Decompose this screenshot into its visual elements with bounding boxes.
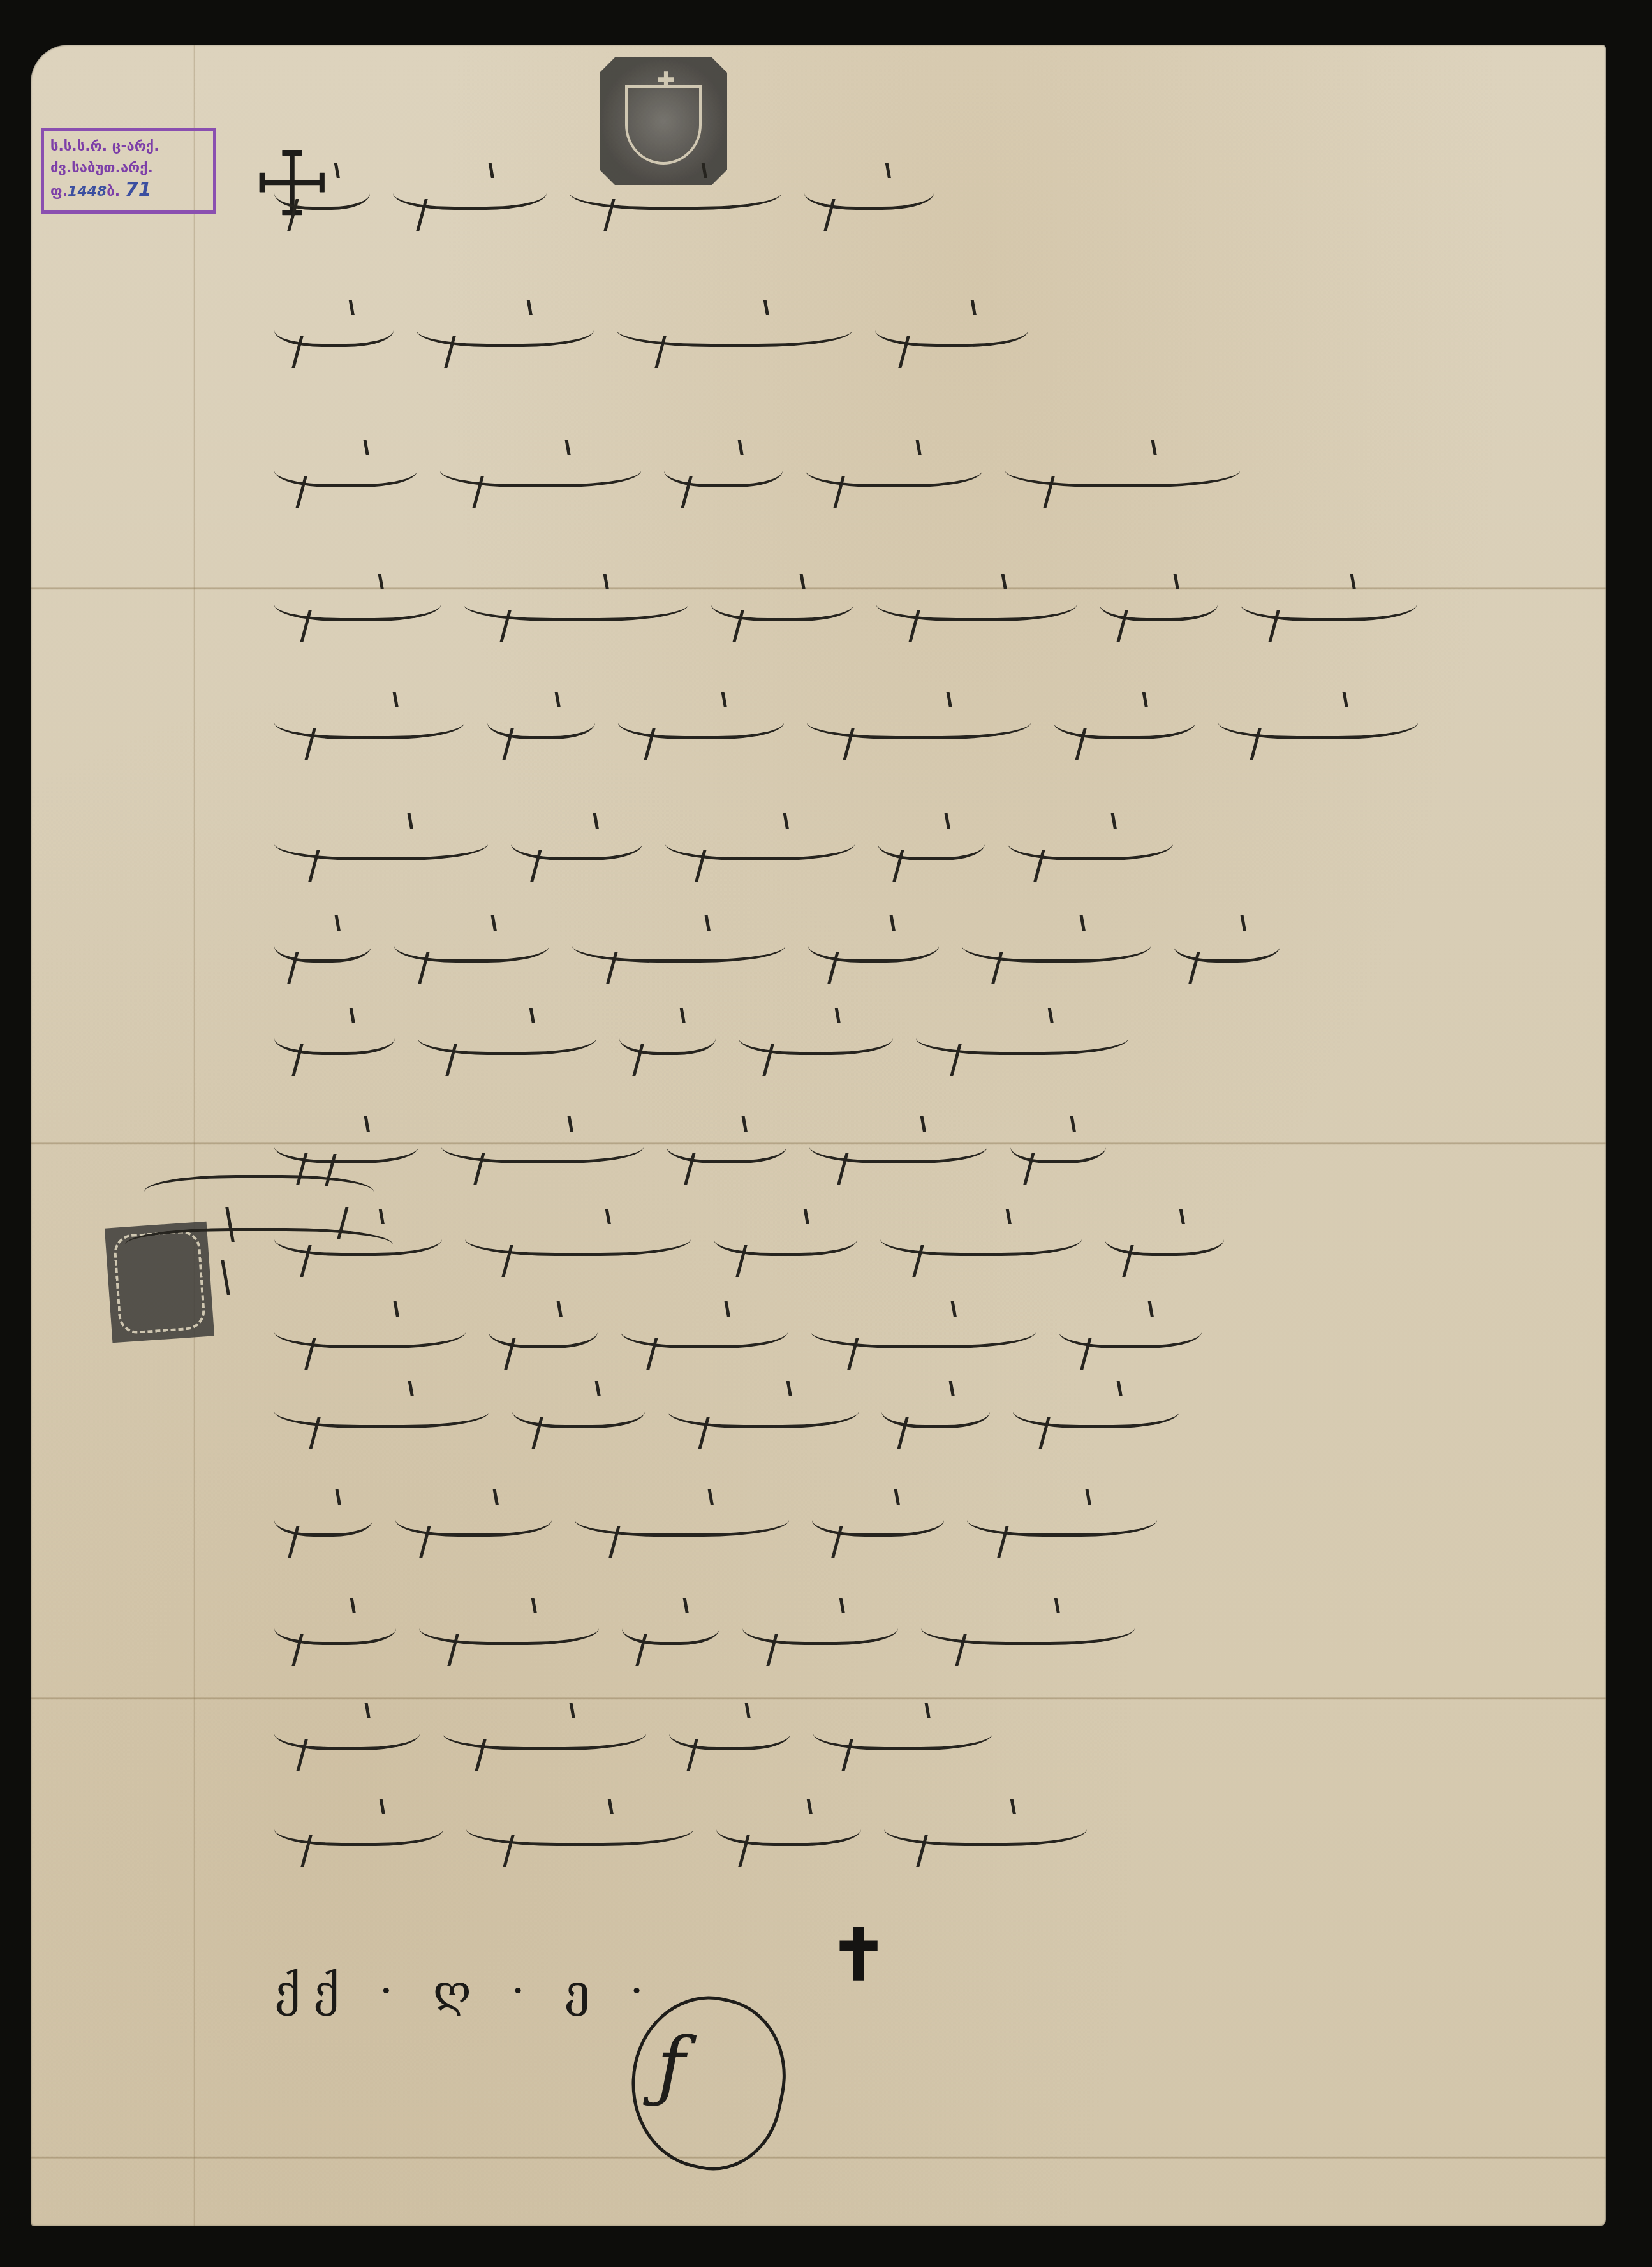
handwriting-word	[809, 1122, 987, 1163]
handwriting-word	[575, 1495, 789, 1537]
handwriting-word	[274, 1307, 466, 1348]
handwriting-word	[274, 1387, 489, 1428]
shield-icon	[625, 85, 702, 165]
handwriting-word	[274, 306, 394, 347]
handwriting-word	[125, 1228, 393, 1269]
handwriting-word	[967, 1495, 1157, 1537]
handwriting-word	[466, 1805, 693, 1846]
handwriting-word	[274, 168, 370, 210]
handwriting-word	[487, 698, 595, 739]
handwriting-word	[807, 698, 1031, 739]
handwritten-line	[274, 574, 1524, 651]
fond-number: 1448	[68, 184, 107, 200]
handwritten-line	[274, 1489, 1524, 1566]
handwriting-word	[1105, 1215, 1224, 1256]
handwriting-word	[811, 1307, 1036, 1348]
margin-note	[102, 440, 255, 1269]
paper-fold	[31, 2156, 1606, 2159]
handwriting-word	[1010, 1122, 1106, 1163]
handwriting-word	[417, 306, 594, 347]
handwriting-word	[274, 1805, 443, 1846]
handwriting-word	[669, 1709, 790, 1750]
paper-fold	[31, 1697, 1606, 1700]
handwritten-line	[274, 915, 1524, 992]
handwritten-line	[274, 1381, 1524, 1458]
handwriting-word	[621, 1307, 788, 1348]
handwritten-line	[274, 440, 1524, 517]
handwriting-word	[1059, 1307, 1202, 1348]
handwriting-word	[711, 580, 853, 621]
handwriting-word	[440, 446, 641, 487]
handwriting-word	[512, 1387, 645, 1428]
handwriting-word	[667, 1122, 786, 1163]
handwriting-word	[739, 1014, 893, 1055]
handwriting-word	[880, 1215, 1082, 1256]
handwriting-word	[622, 1604, 719, 1645]
stamp-line-3: ფ.1448ბ. 71	[50, 179, 207, 203]
handwriting-word	[274, 921, 371, 963]
handwriting-word	[1241, 580, 1417, 621]
item-number: 71	[125, 179, 152, 201]
handwriting-word	[443, 1709, 646, 1750]
handwriting-word	[465, 1215, 691, 1256]
handwriting-word	[664, 446, 783, 487]
handwriting-word	[716, 1805, 861, 1846]
date-mark: ქქ · ღ · ე ·	[274, 1965, 656, 2017]
handwritten-line	[274, 1301, 1524, 1378]
handwriting-word	[916, 1014, 1128, 1055]
signature-monogram: ƒ	[657, 2022, 685, 2111]
handwriting-word	[806, 446, 982, 487]
stamp-line-2: ძვ.საბუთ.არქ.	[50, 158, 207, 179]
handwriting-word	[441, 1122, 644, 1163]
handwriting-word	[274, 446, 417, 487]
handwriting-word	[665, 819, 855, 860]
handwriting-word	[489, 1307, 598, 1348]
handwritten-line	[274, 692, 1524, 769]
handwriting-word	[1013, 1387, 1179, 1428]
handwritten-line	[274, 1598, 1524, 1674]
handwriting-word	[1100, 580, 1218, 621]
handwriting-word	[419, 1604, 599, 1645]
handwriting-word	[668, 1387, 859, 1428]
handwriting-word	[881, 1387, 990, 1428]
handwriting-word	[274, 1495, 372, 1537]
handwritten-line	[274, 163, 1524, 239]
stamp-line-1: ს.ს.ს.რ. ც-არქ.	[50, 136, 207, 158]
handwriting-word	[1174, 921, 1280, 963]
handwritten-line	[274, 1799, 1524, 1875]
handwriting-word	[274, 1604, 396, 1645]
handwritten-line	[274, 1209, 1524, 1285]
handwriting-word	[813, 1709, 992, 1750]
handwriting-word	[804, 168, 934, 210]
handwritten-line	[274, 1703, 1524, 1780]
handwriting-word	[812, 1495, 944, 1537]
handwriting-word	[395, 1495, 552, 1537]
handwriting-word	[570, 168, 781, 210]
handwriting-word	[878, 819, 985, 860]
handwritten-line	[274, 1116, 1524, 1193]
handwriting-word	[144, 1175, 374, 1216]
handwriting-word	[875, 306, 1028, 347]
handwriting-word	[808, 921, 939, 963]
handwriting-word	[714, 1215, 857, 1256]
handwriting-word	[876, 580, 1077, 621]
handwritten-line	[274, 300, 1524, 376]
handwriting-word	[1054, 698, 1195, 739]
handwriting-word	[418, 1014, 596, 1055]
handwritten-line	[274, 1008, 1524, 1084]
handwriting-word	[394, 921, 549, 963]
handwriting-word	[742, 1604, 898, 1645]
handwriting-word	[1008, 819, 1173, 860]
signature-cross-icon: ✝	[829, 1914, 888, 1996]
handwriting-word	[464, 580, 688, 621]
handwriting-word	[921, 1604, 1135, 1645]
handwriting-word	[393, 168, 547, 210]
handwriting-word	[618, 698, 784, 739]
handwriting-word	[617, 306, 852, 347]
handwriting-word	[572, 921, 785, 963]
archive-stamp: ს.ს.ს.რ. ც-არქ. ძვ.საბუთ.არქ. ფ.1448ბ. 7…	[41, 128, 216, 214]
handwriting-word	[619, 1014, 716, 1055]
handwriting-word	[1005, 446, 1240, 487]
handwriting-word	[511, 819, 642, 860]
handwriting-word	[274, 698, 464, 739]
handwriting-word	[962, 921, 1151, 963]
handwriting-word	[884, 1805, 1087, 1846]
handwriting-word	[274, 819, 488, 860]
handwriting-word	[274, 1122, 418, 1163]
handwriting-word	[274, 1709, 420, 1750]
handwriting-word	[274, 580, 441, 621]
handwriting-word	[274, 1014, 395, 1055]
handwriting-word	[1218, 698, 1418, 739]
handwritten-line	[274, 813, 1524, 890]
